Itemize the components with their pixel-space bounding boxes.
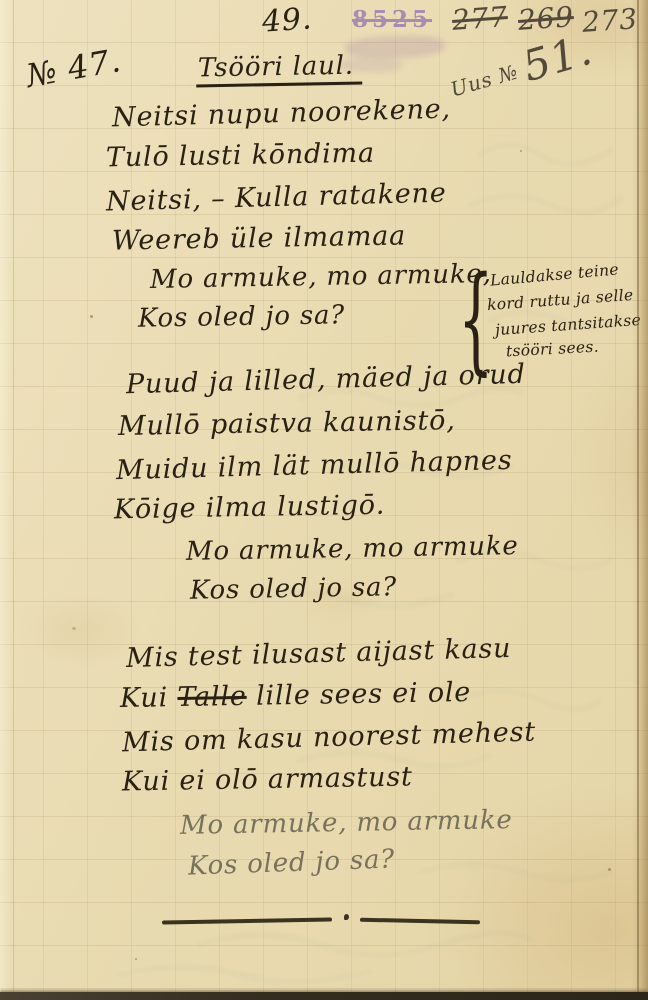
fold-crease [13,0,14,1000]
refrain-line-faded: Kos oled jo sa? [188,846,396,879]
refrain-line: Kos oled jo sa? [138,302,345,332]
line-prefix: Kui [120,682,169,714]
poem-line-with-correction: Kui Talle lille sees ei ole [120,679,472,712]
struck-word: Talle [177,681,247,713]
manuscript-page: 49. 8525 277 269 273 Uus № 51. № 47. Tsö… [0,0,648,1000]
paper-speck [135,958,137,960]
page-title: Tsööri laul. [196,53,362,88]
new-number: 273 [581,5,639,37]
page-edge-left [0,0,12,1000]
line-suffix: lille sees ei ole [256,677,472,712]
refrain-line: Mo armuke, mo armuke [186,533,519,565]
paper-speck [90,315,93,318]
archive-stamp-number: 8525 [352,8,432,31]
page-number: 49. [261,4,313,37]
refrain-line: Mo armuke, mo armuke, [150,261,492,293]
page-edge-right [632,0,648,1000]
poem-line: Tulō lusti kōndima [106,140,375,172]
poem-line: Mullō paistva kaunistō, [118,407,456,440]
refrain-line-faded: Mo armuke, mo armuke [180,807,513,839]
old-number-1: 277 [451,3,509,35]
page-edge-right-line [637,0,639,1000]
paper-speck [72,627,76,630]
end-rule-mark [344,914,349,920]
poem-line: Weereb üle ilmamaa [112,222,406,254]
paper-speck [520,150,522,152]
paper-speck [608,868,611,871]
poem-line: Kōige ilma lustigō. [114,492,386,524]
refrain-line: Kos oled jo sa? [190,574,397,604]
page-edge-bottom [0,992,648,1000]
poem-line: Kui ei olō armastust [122,763,413,795]
